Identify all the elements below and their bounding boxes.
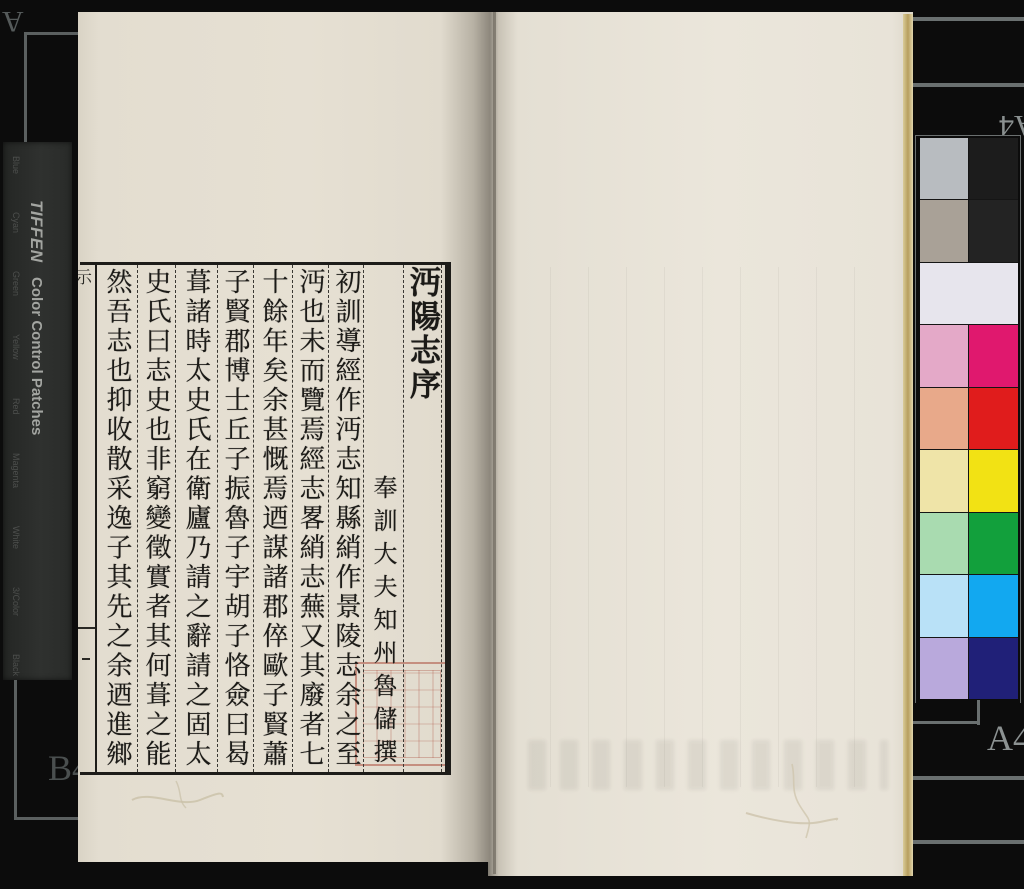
patch-black xyxy=(969,138,1018,199)
guide-line xyxy=(907,776,1024,780)
column-divider xyxy=(441,265,442,772)
patch-row xyxy=(920,388,1018,450)
patch-blue xyxy=(969,638,1018,699)
patch-row xyxy=(920,138,1018,200)
patch-light-yellow xyxy=(920,450,969,511)
patch-row xyxy=(920,263,1018,325)
template-label-bottom-right: A4 xyxy=(987,720,1024,756)
guide-line xyxy=(907,721,980,724)
bleed-through-grid xyxy=(513,267,883,787)
patch-light-magenta xyxy=(920,325,969,386)
page-edge xyxy=(903,14,913,876)
text-column: 十餘年矣余甚慨焉迺謀諸郡倅歐子賢蕭 xyxy=(253,268,292,770)
patch-label-list: Blue Cyan Green Yellow Red Magenta White… xyxy=(8,156,22,676)
guide-line xyxy=(913,17,1024,21)
patch-label: White xyxy=(8,526,22,549)
right-page xyxy=(488,12,913,876)
patch-green xyxy=(969,513,1018,574)
patch-cyan xyxy=(969,575,1018,636)
patch-light-red xyxy=(920,388,969,449)
text-column: 葺諸時太史氏在衛廬乃請之辭請之固太 xyxy=(175,268,217,770)
patch-label: Green xyxy=(8,271,22,296)
patch-label: Blue xyxy=(8,156,22,174)
patch-label: Red xyxy=(8,398,22,415)
template-label-top-left: A xyxy=(2,6,24,36)
patch-red xyxy=(969,388,1018,449)
guide-line xyxy=(24,32,80,35)
patch-label: Yellow xyxy=(8,334,22,360)
gutter-crease xyxy=(493,12,496,874)
frame-border-right xyxy=(445,262,451,775)
tiffen-strip-title: Color Control Patches xyxy=(28,277,45,435)
patch-row xyxy=(920,200,1018,262)
patch-light-green xyxy=(920,513,969,574)
frame-border-bottom xyxy=(80,772,451,775)
patch-magenta xyxy=(969,325,1018,386)
bleed-through-text xyxy=(528,740,888,790)
patch-light-grey xyxy=(920,138,969,199)
patch-label: Magenta xyxy=(8,453,22,488)
patch-row xyxy=(920,325,1018,387)
preface-title: 沔陽志序 xyxy=(403,266,441,402)
text-column: 初訓導經作沔志知縣綃作景陵志余之至 xyxy=(328,268,363,770)
patch-row xyxy=(920,450,1018,512)
patch-warm-grey xyxy=(920,200,969,261)
frame-border-top xyxy=(80,262,451,265)
patch-label: Cyan xyxy=(8,212,22,233)
color-target xyxy=(920,138,1018,699)
patch-row xyxy=(920,638,1018,699)
text-column: 子賢郡博士丘子振魯子宇胡子恪僉曰曷 xyxy=(217,268,253,770)
patch-light-cyan xyxy=(920,575,969,636)
left-page: 示 沔陽志序 奉訓大夫知州魯儲撰 初訓導經作沔志知縣綃作景陵志余之至 沔也未而覽… xyxy=(78,12,490,862)
patch-dark-grey xyxy=(969,200,1018,261)
text-column: 沔也未而覽焉經志畧綃志蕪又其廢者七 xyxy=(292,268,328,770)
guide-line xyxy=(913,83,1024,87)
tiffen-color-control-strip: Blue Cyan Green Yellow Red Magenta White… xyxy=(3,142,72,680)
patch-row xyxy=(920,575,1018,637)
guide-line xyxy=(14,680,17,820)
patch-light-blue xyxy=(920,638,969,699)
patch-white xyxy=(920,263,1018,324)
guide-line xyxy=(907,840,1024,844)
author-line: 奉訓大夫知州魯儲撰 xyxy=(363,475,403,772)
patch-label: Black xyxy=(8,654,22,676)
guide-line xyxy=(14,817,80,820)
text-frame: 沔陽志序 奉訓大夫知州魯儲撰 初訓導經作沔志知縣綃作景陵志余之至 沔也未而覽焉經… xyxy=(80,262,452,775)
patch-row xyxy=(920,513,1018,575)
patch-label: 3/Color xyxy=(8,587,22,616)
tiffen-brand: TIFFEN xyxy=(27,200,46,263)
text-column: 史氏曰志史也非窮變徵實者其何葺之能 xyxy=(137,268,175,770)
patch-yellow xyxy=(969,450,1018,511)
tiffen-label: TIFFEN Color Control Patches xyxy=(25,200,47,435)
text-column: 然吾志也抑收散采逸子其先之余迺進鄉 xyxy=(97,268,137,770)
guide-line xyxy=(24,32,27,144)
